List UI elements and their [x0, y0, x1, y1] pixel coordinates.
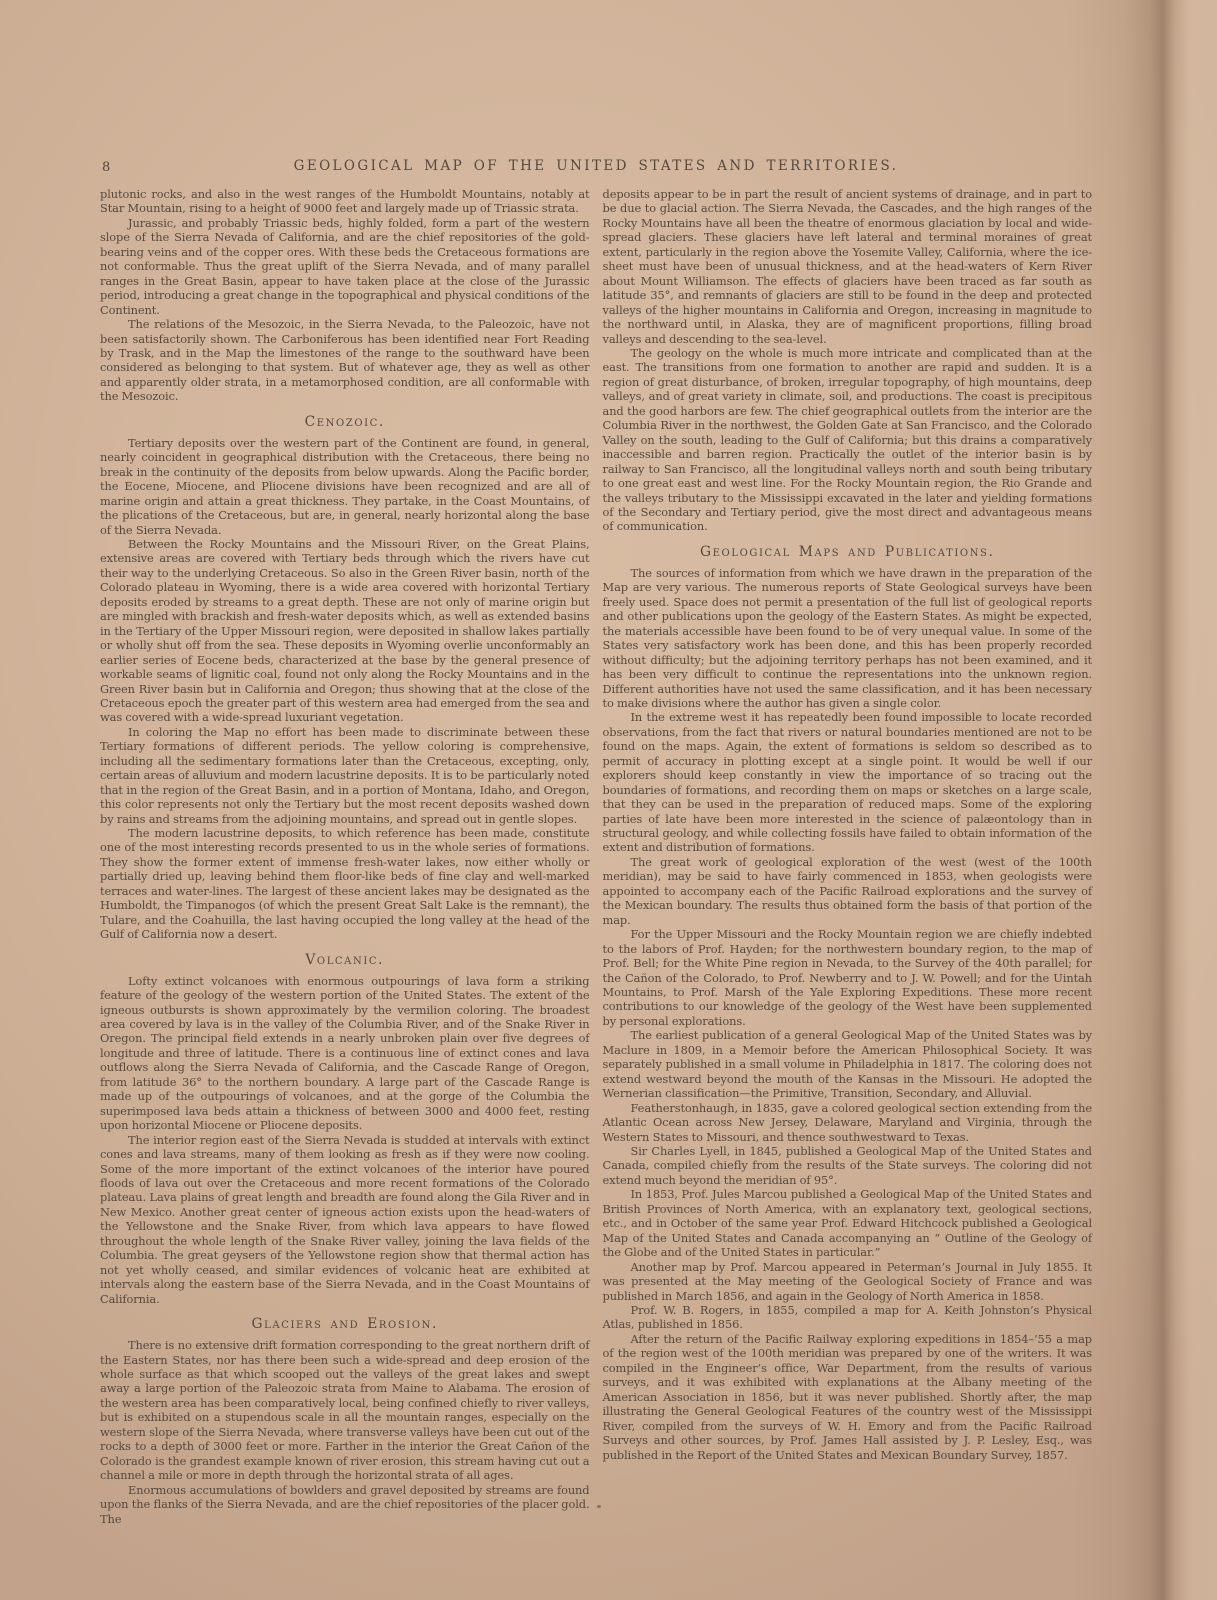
paragraph: After the return of the Pacific Railway … — [603, 1332, 1093, 1462]
left-column: plutonic rocks, and also in the west ran… — [100, 187, 590, 1526]
paragraph: The relations of the Mesozoic, in the Si… — [100, 317, 590, 404]
paragraph: deposits appear to be in part the result… — [603, 187, 1093, 346]
section-heading: Geological Maps and Publications. — [603, 544, 1093, 560]
paragraph: Jurassic, and probably Triassic beds, hi… — [100, 216, 590, 317]
paragraph: For the Upper Missouri and the Rocky Mou… — [603, 927, 1093, 1028]
scan-speck — [597, 1505, 601, 1508]
paragraph: The interior region east of the Sierra N… — [100, 1133, 590, 1306]
paragraph: The geology on the whole is much more in… — [603, 346, 1093, 534]
paragraph: There is no extensive drift formation co… — [100, 1338, 590, 1483]
paragraph: Enormous accumulations of bowlders and g… — [100, 1483, 590, 1526]
paragraph: In 1853, Prof. Jules Marcou published a … — [603, 1187, 1093, 1259]
page-title: GEOLOGICAL MAP OF THE UNITED STATES AND … — [100, 158, 1092, 174]
paragraph: The modern lacustrine deposits, to which… — [100, 826, 590, 942]
paragraph: In the extreme west it has repeatedly be… — [603, 710, 1093, 855]
right-column: deposits appear to be in part the result… — [603, 187, 1093, 1526]
paragraph: Prof. W. B. Rogers, in 1855, compiled a … — [603, 1303, 1093, 1332]
paragraph: Another map by Prof. Marcou appeared in … — [603, 1260, 1093, 1303]
paragraph: Sir Charles Lyell, in 1845, published a … — [603, 1144, 1093, 1187]
paragraph: The sources of information from which we… — [603, 566, 1093, 711]
scanned-book-page: 8 GEOLOGICAL MAP OF THE UNITED STATES AN… — [0, 0, 1217, 1600]
text-columns: plutonic rocks, and also in the west ran… — [100, 187, 1092, 1526]
paragraph: Between the Rocky Mountains and the Miss… — [100, 537, 590, 725]
paragraph: Featherstonhaugh, in 1835, gave a colore… — [603, 1101, 1093, 1144]
running-header: 8 GEOLOGICAL MAP OF THE UNITED STATES AN… — [100, 158, 1092, 178]
paragraph: Lofty extinct volcanoes with enormous ou… — [100, 974, 590, 1133]
section-heading: Glaciers and Erosion. — [100, 1316, 590, 1332]
paragraph: In coloring the Map no effort has been m… — [100, 725, 590, 826]
section-heading: Cenozoic. — [100, 414, 590, 430]
paragraph: Tertiary deposits over the western part … — [100, 436, 590, 537]
paragraph: The earliest publication of a general Ge… — [603, 1028, 1093, 1100]
paragraph: The great work of geological exploration… — [603, 855, 1093, 927]
paragraph: plutonic rocks, and also in the west ran… — [100, 187, 590, 216]
section-heading: Volcanic. — [100, 952, 590, 968]
